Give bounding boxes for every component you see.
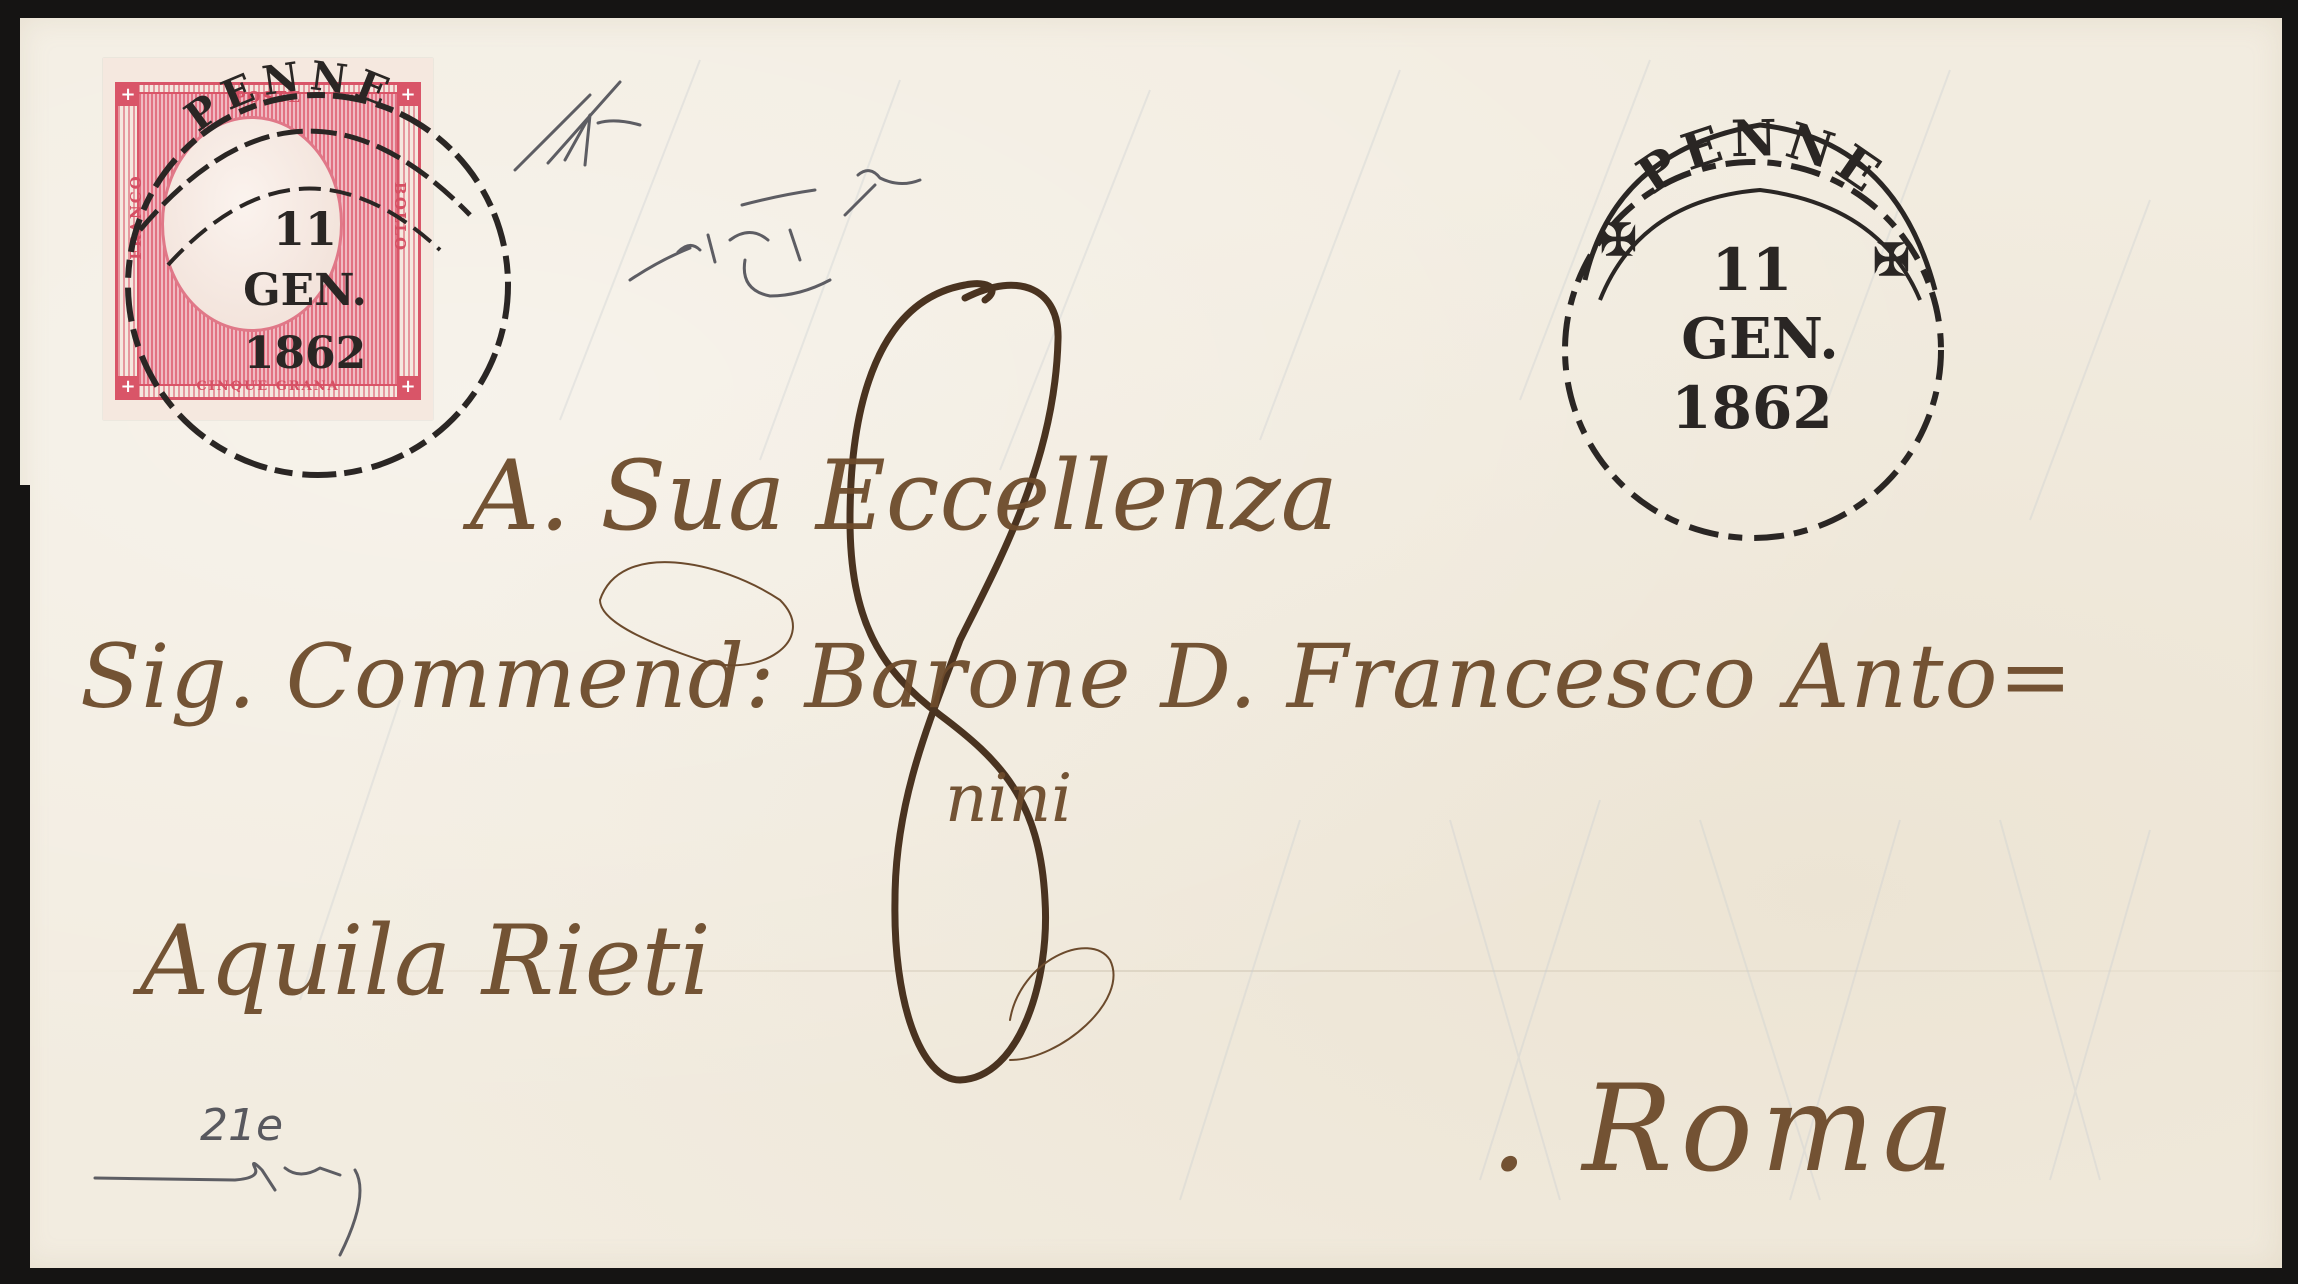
stamp-cancellation-postmark: PENNE 11 GEN. 1862	[128, 52, 508, 475]
address-line-2: Sig. Commend: Barone D. Francesco Anto=	[80, 625, 2073, 728]
town-postmark: PENNE ✠ ✠ 11 GEN. 1862	[1565, 108, 1941, 538]
postmark-year: 1862	[1671, 374, 1832, 442]
address-line-3: nini	[945, 760, 1072, 837]
address-line-1: A. Sua Eccellenza	[470, 440, 1338, 552]
pencil-code: 21e	[200, 1100, 283, 1151]
postmark-month: GEN.	[1681, 306, 1839, 372]
cancel-year: 1862	[244, 328, 366, 379]
pencil-marks-top	[515, 82, 920, 296]
postmark-day: 11	[1712, 236, 1793, 304]
postmark-ornament-left-icon: ✠	[1600, 215, 1637, 266]
postmark-ornament-right-icon: ✠	[1873, 235, 1910, 286]
svg-text:PENNE: PENNE	[176, 52, 403, 141]
address-line-5-city: . Roma	[1490, 1060, 1962, 1199]
address-line-4: Aquila Rieti	[140, 905, 711, 1017]
cancel-day: 11	[273, 202, 337, 256]
cancel-month: GEN.	[243, 265, 367, 316]
